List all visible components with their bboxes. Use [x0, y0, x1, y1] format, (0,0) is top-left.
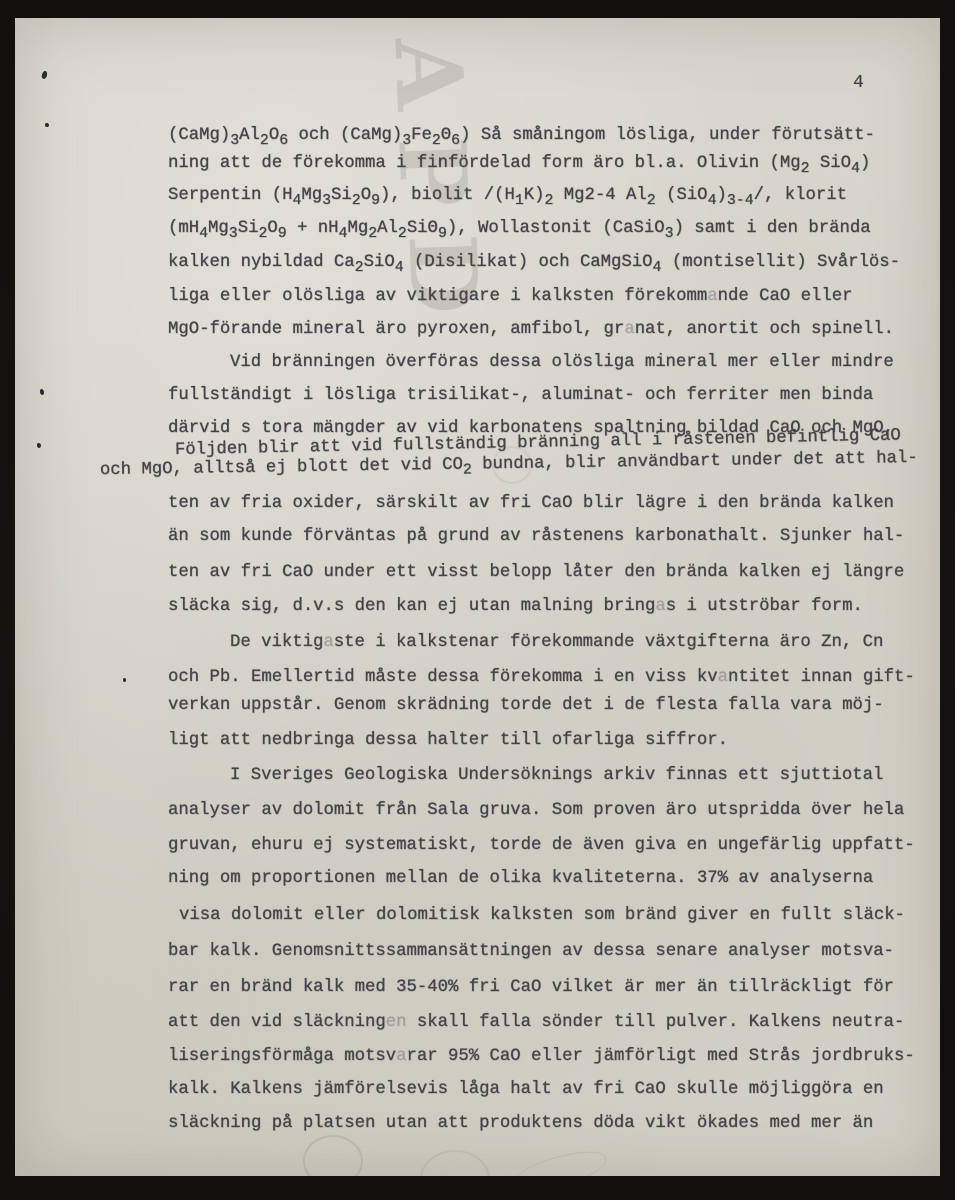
paper-stain: [303, 1135, 363, 1176]
typed-line: ligt att nedbringa dessa halter till ofa…: [168, 731, 728, 751]
typed-line: I Sveriges Geologiska Undersöknings arki…: [230, 766, 883, 786]
typed-line: ten av fria oxider, särskilt av fri CaO …: [168, 494, 894, 514]
typed-line: och Pb. Emellertid måste dessa förekomma…: [168, 668, 915, 688]
ink-speck: [45, 123, 49, 127]
typed-line: Vid bränningen överföras dessa olösliga …: [230, 353, 894, 373]
typed-line: (mH4Mg3Si2O9 + nH4Mg2Al2SiΘ9), Wollaston…: [168, 219, 871, 244]
typed-line: ten av fri CaO under ett visst belopp lå…: [168, 563, 904, 583]
typed-line: släckning på platsen utan att produktens…: [168, 1114, 873, 1134]
typed-line: kalken nybildad Ca2SiO4 (Disilikat) och …: [168, 253, 900, 278]
paper-stain: [492, 446, 532, 484]
paper-stain: [420, 1150, 490, 1176]
typed-line: Serpentin (H4Mg3Si2O9), biolit /(H1K)2 M…: [168, 186, 847, 211]
typed-line: rar en bränd kalk med 35-40% fri CaO vil…: [168, 978, 894, 998]
typed-line: ning att de förekomma i finfördelad form…: [168, 154, 870, 179]
watermark-letter: A: [373, 36, 483, 111]
typed-line: verkan uppstår. Genom skrädning torde de…: [168, 696, 884, 716]
typed-line: liga eller olösliga av viktigare i kalks…: [168, 287, 852, 307]
typed-line: liseringsförmåga motsvarar 95% CaO eller…: [168, 1047, 915, 1067]
ink-speck: [41, 70, 48, 79]
ink-speck: [40, 389, 45, 396]
typed-line: ning om proportionen mellan de olika kva…: [168, 869, 873, 889]
paper-smudge: [513, 1147, 609, 1176]
typed-line: MgO-förande mineral äro pyroxen, amfibol…: [168, 320, 894, 340]
typed-line: släcka sig, d.v.s den kan ej utan malnin…: [168, 597, 863, 617]
typed-line: än som kunde förväntas på grund av råste…: [168, 527, 904, 547]
ink-speck: [123, 678, 126, 682]
ink-speck: [37, 443, 41, 448]
typed-line: analyser av dolomit från Sala gruva. Som…: [168, 801, 904, 821]
typed-line: kalk. Kalkens jämförelsevis låga halt av…: [168, 1080, 884, 1100]
typed-line: gruvan, ehuru ej systematiskt, torde de …: [168, 836, 915, 856]
typed-line: visa dolomit eller dolomitisk kalksten s…: [179, 906, 905, 926]
typed-line: (CaMg)3Al2O6 och (CaMg)3Fe2Θ6) Så smånin…: [168, 126, 875, 151]
page-number: 4: [853, 73, 864, 93]
typed-line: De viktigaste i kalkstenar förekommande …: [230, 633, 883, 653]
typed-line: fullständigt i lösliga trisilikat-, alum…: [168, 386, 873, 406]
typed-line: bar kalk. Genomsnittssammansättningen av…: [168, 942, 894, 962]
document-page: APD 4 (CaMg)3Al2O6 och (CaMg)3Fe2Θ6) Så …: [15, 18, 940, 1176]
typed-line: att den vid släckningen skall falla sönd…: [168, 1013, 904, 1033]
